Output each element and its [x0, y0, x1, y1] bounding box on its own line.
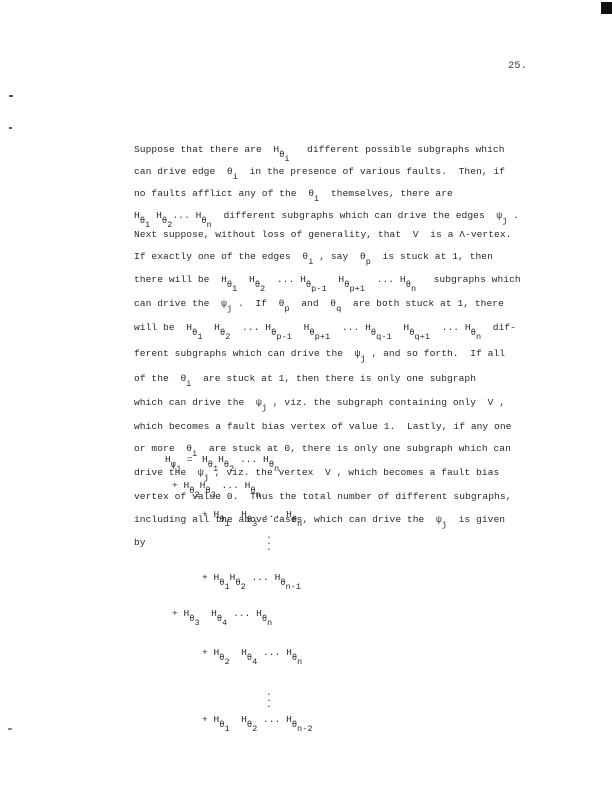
text-line: If exactly one of the edges θi , say θp …: [134, 251, 493, 263]
h-term: Hθ3: [184, 608, 200, 619]
h-term: Hθ1: [186, 322, 202, 333]
document-page: 25. Suppose that there are Hθi different…: [0, 0, 612, 791]
h-term: Hθn: [286, 647, 302, 658]
subscript: i: [308, 257, 313, 267]
equation-term: + Hθ3 Hθ4 ... Hθn: [172, 608, 272, 620]
h-term: Hθ2: [241, 714, 257, 725]
h-term: Hθp+1: [338, 274, 365, 285]
h-term: Hθ2: [249, 274, 265, 285]
h-term: Hθn: [256, 608, 272, 619]
vertical-ellipsis: ...: [266, 533, 272, 551]
text-line: which can drive the ψj , viz. the subgra…: [134, 397, 505, 409]
text-line: will be Hθ1 Hθ2 ... Hθp-1 Hθp+1 ... Hθq-…: [134, 322, 516, 334]
h-term: Hθ1: [214, 572, 230, 583]
text-line: Hθ1 Hθ2... Hθn different subgraphs which…: [134, 210, 519, 222]
subscript: j: [442, 520, 447, 530]
h-term: Hθ2: [218, 454, 234, 465]
subscript: p: [366, 257, 371, 267]
h-term: Hθ2: [156, 210, 172, 221]
text-line: can drive the ψj . If θp and θq are both…: [134, 298, 504, 310]
text-line: which becomes a fault bias vertex of val…: [134, 421, 511, 433]
scan-margin-mark: [8, 728, 12, 730]
h-term: Hθ2: [214, 647, 230, 658]
scan-corner-mark: [601, 2, 612, 14]
h-term: Hθn: [245, 480, 261, 491]
h-term: Hθ1: [214, 509, 230, 520]
subscript: q: [336, 304, 341, 314]
text-line: Suppose that there are Hθi different pos…: [134, 144, 505, 156]
text-line: ferent subgraphs which can drive the ψj …: [134, 348, 505, 360]
h-term: Hθ1: [214, 714, 230, 725]
h-term: Hθn: [286, 509, 302, 520]
subscript: i: [314, 194, 319, 204]
text-line: Next suppose, without loss of generality…: [134, 229, 511, 241]
h-term: Hθ2: [184, 480, 200, 491]
h-term: Hθ3: [241, 509, 257, 520]
subscript: j: [502, 216, 507, 226]
h-term: Hθ4: [211, 608, 227, 619]
equation-term: + Hθ1 Hθ3 ... Hθn: [202, 509, 302, 521]
equation-term: + Hθ2Hθ3 ... Hθn: [172, 480, 261, 492]
text-line: by: [134, 537, 146, 549]
h-term: Hθn: [263, 454, 279, 465]
subscript: p: [284, 304, 289, 314]
h-term: Hθn-2: [286, 714, 312, 725]
h-term: Hθp-1: [265, 322, 292, 333]
subscript: j: [262, 403, 267, 413]
text-line: including all the above cases, which can…: [134, 514, 505, 526]
h-term: Hθp+1: [304, 322, 331, 333]
equation-term: + Hθ2 Hθ4 ... Hθn: [202, 647, 302, 659]
h-term: Hθn: [465, 322, 481, 333]
scan-margin-mark: [9, 127, 12, 129]
text-line: can drive edge θi in the presence of var…: [134, 166, 505, 178]
h-term: Hθ4: [241, 647, 257, 658]
subscript: i: [233, 172, 238, 182]
page-number: 25.: [508, 60, 527, 72]
subscript: i: [186, 379, 191, 389]
h-term: Hθ1: [221, 274, 237, 285]
equation-term: Hθ1Hθ2 ... Hθn: [202, 454, 279, 466]
subscript: j: [227, 304, 232, 314]
scan-margin-mark: [9, 95, 13, 97]
h-term: Hθq-1: [365, 322, 392, 333]
h-term: Hθ3: [200, 480, 216, 491]
h-term: Hθ2: [230, 572, 246, 583]
h-term: Hθq+1: [403, 322, 430, 333]
equation-term: + Hθ1Hθ2 ... Hθn-1: [202, 572, 301, 584]
subscript: j: [360, 354, 365, 364]
text-line: of the θi are stuck at 1, then there is …: [134, 373, 476, 385]
h-term: Hθp-1: [300, 274, 327, 285]
h-term: Hθ2: [214, 322, 230, 333]
h-term: Hψj: [165, 454, 181, 465]
h-term: Hθ1: [134, 210, 150, 221]
h-term: Hθn: [196, 210, 212, 221]
h-term: Hθn: [400, 274, 416, 285]
text-line: there will be Hθ1 Hθ2 ... Hθp-1 Hθp+1 ..…: [134, 274, 521, 286]
text-line: no faults afflict any of the θi themselv…: [134, 188, 453, 200]
h-term: Hθ1: [202, 454, 218, 465]
equation-term: + Hθ1 Hθ2 ... Hθn-2: [202, 714, 313, 726]
equation-lhs: Hψj =: [165, 454, 198, 466]
h-term: Hθi: [273, 144, 289, 155]
h-term: Hθn-1: [275, 572, 301, 583]
vertical-ellipsis: ...: [266, 690, 272, 708]
text-line: drive the ψj , viz. the vertex V , which…: [134, 467, 499, 479]
